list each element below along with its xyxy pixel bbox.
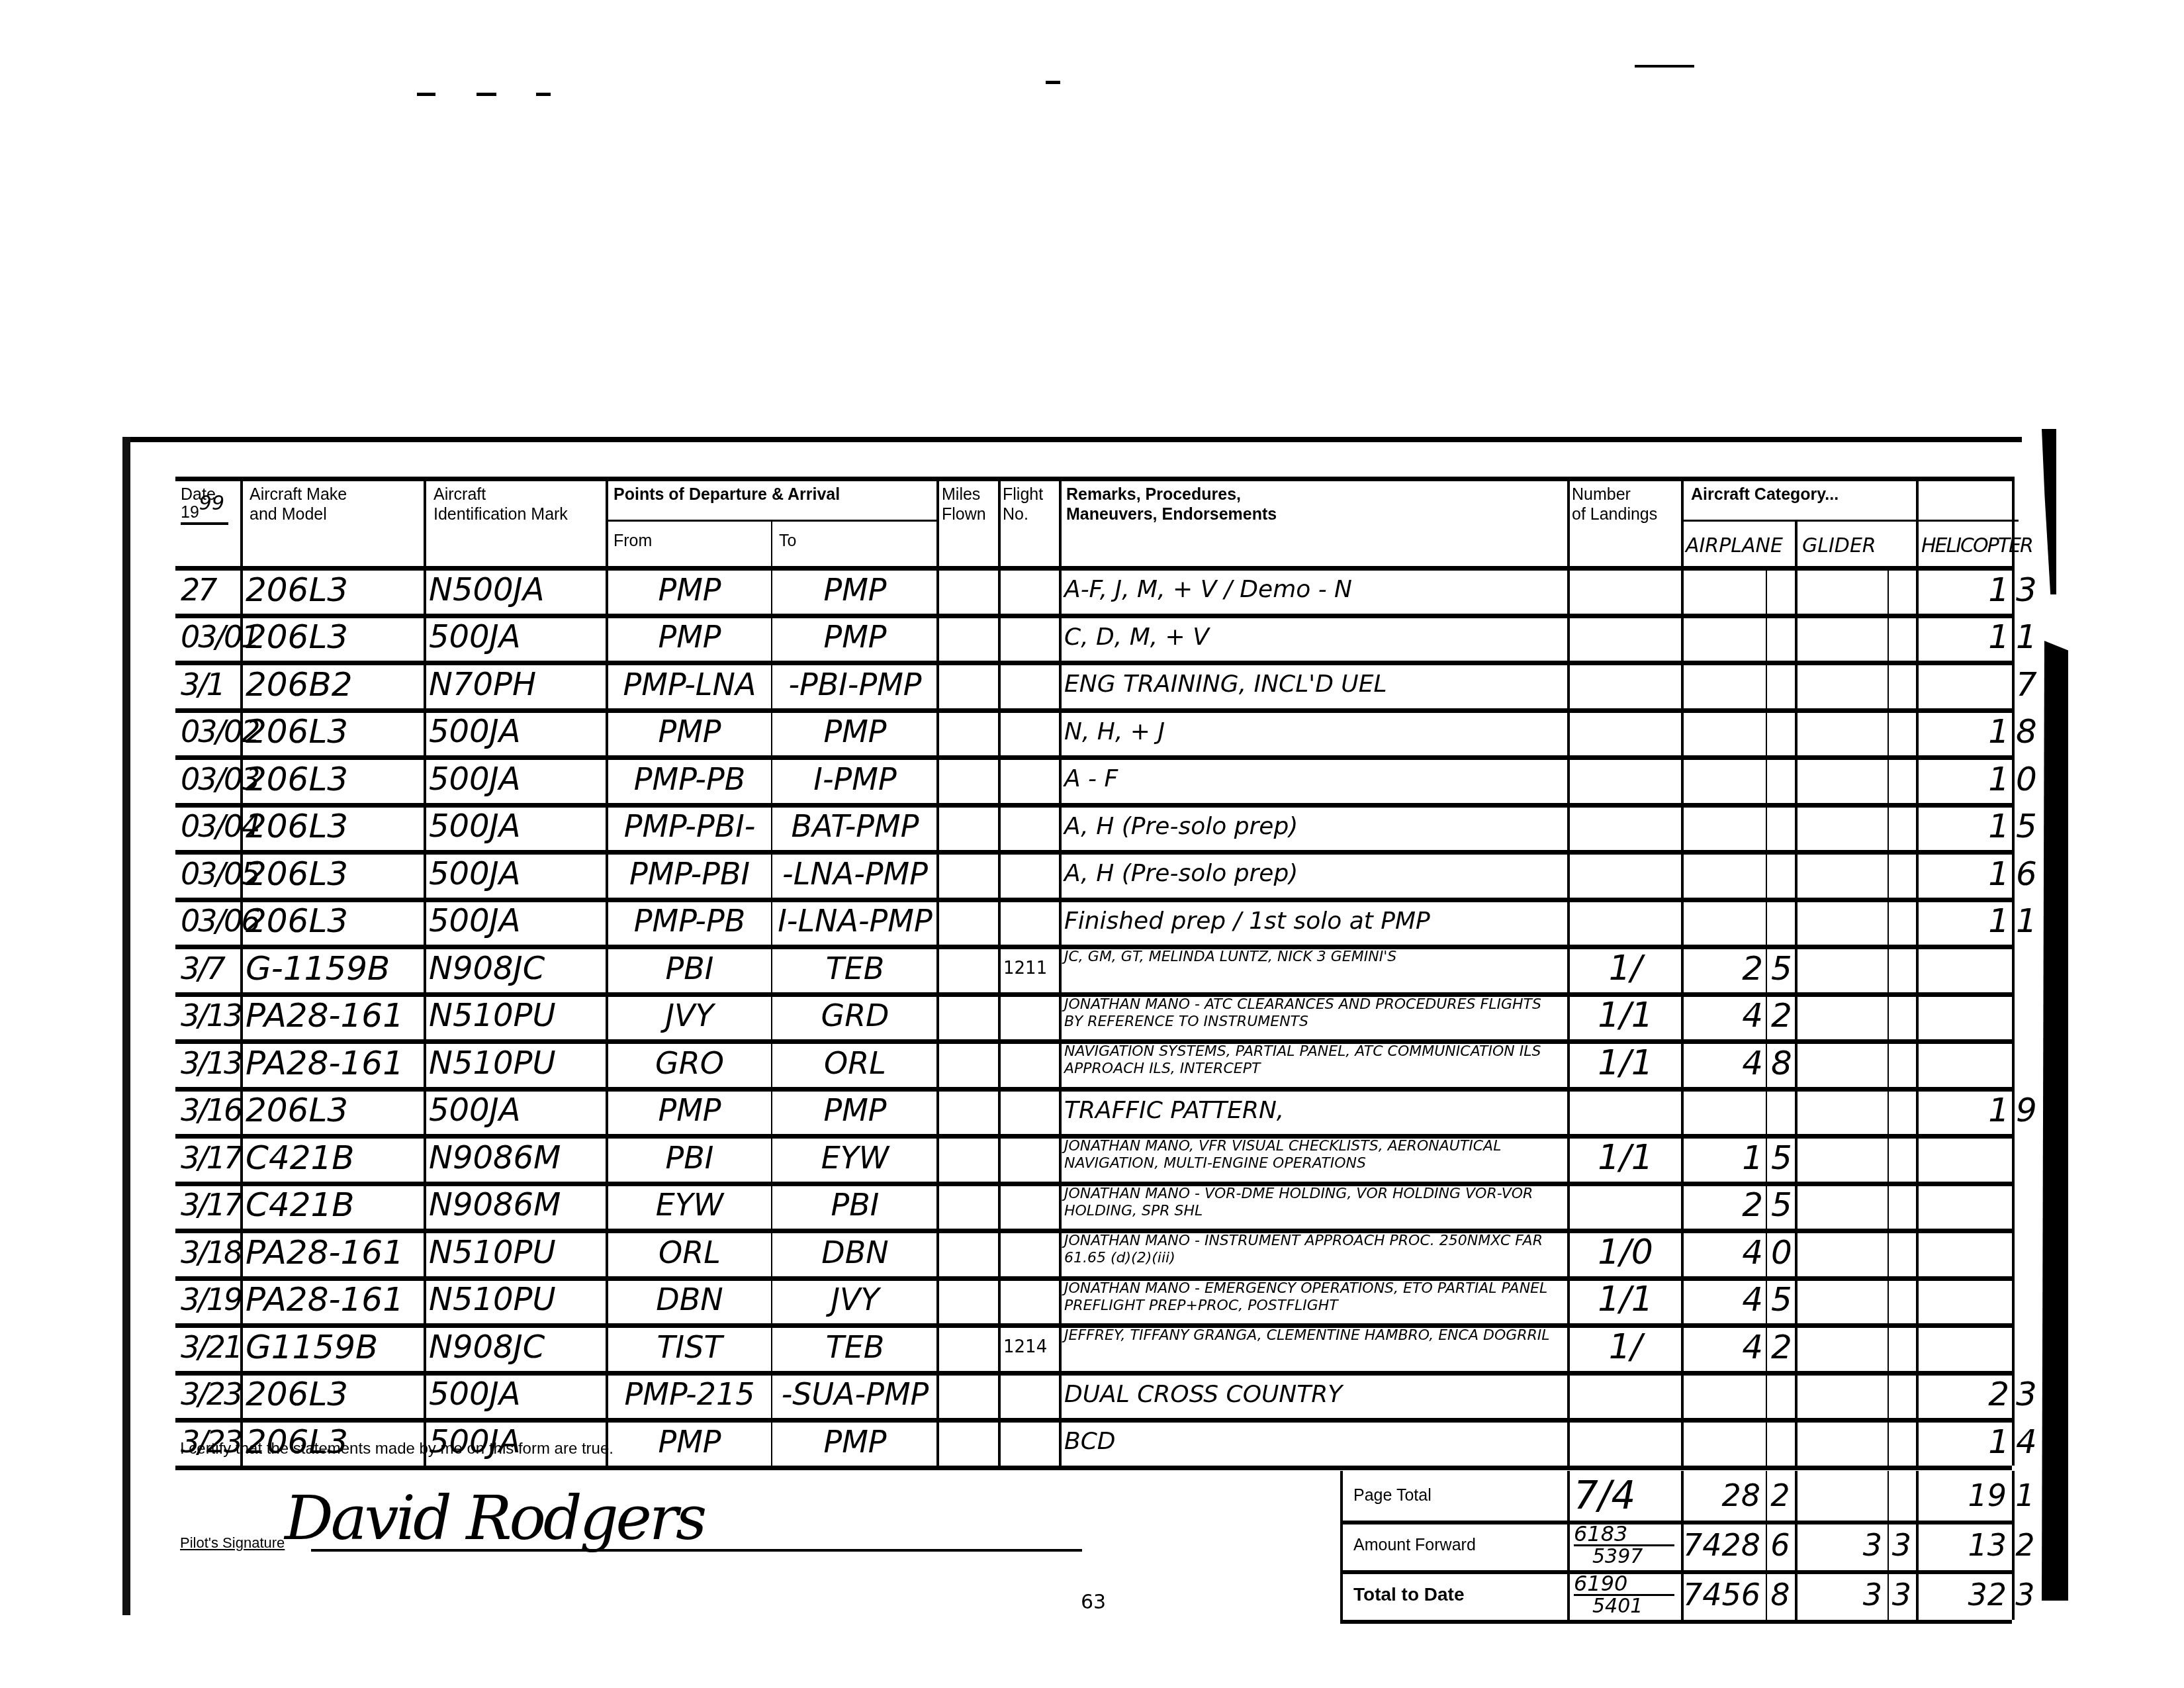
aircraft-id-cell: N70PH — [429, 661, 603, 708]
airplane-tenths-cell — [1771, 614, 1792, 661]
date-cell: 3/13 — [181, 992, 238, 1040]
airplane-hours-cell: 4 — [1686, 1276, 1768, 1324]
glider-tenths-cell — [1893, 1039, 1913, 1087]
helicopter-hours-cell: 1 — [1921, 755, 2015, 803]
miles-cell — [942, 755, 995, 803]
helicopter-hours-cell: 1 — [1921, 898, 2015, 945]
from-cell: PMP-PB — [611, 898, 768, 945]
totals-glider-hours: 3 — [1795, 1521, 1888, 1570]
airplane-hours-cell — [1686, 566, 1768, 614]
table-row[interactable]: 03/01206L3500JAPMPPMPC, D, M, + V11 — [175, 614, 2038, 661]
glider-hours-cell — [1800, 945, 1890, 992]
airplane-hours-cell — [1686, 898, 1768, 945]
table-row[interactable]: 27206L3N500JAPMPPMPA-F, J, M, + V / Demo… — [175, 566, 2038, 614]
flight-no-cell — [1003, 850, 1056, 898]
landings-cell — [1572, 1371, 1678, 1419]
helicopter-hours-cell — [1921, 1182, 2015, 1229]
table-row[interactable]: 3/18PA28-161N510PUORLDBNJONATHAN MANO - … — [175, 1229, 2038, 1276]
table-row[interactable]: 3/23206L3500JAPMP-215-SUA-PMPDUAL CROSS … — [175, 1371, 2038, 1419]
scan-speck — [1046, 81, 1060, 84]
glider-hours-cell — [1800, 708, 1890, 756]
aircraft-make-cell: PA28-161 — [246, 1039, 421, 1087]
helicopter-hours-cell: 1 — [1921, 614, 2015, 661]
from-cell: GRO — [611, 1039, 768, 1087]
pilot-signature: David Rodgers — [285, 1483, 704, 1554]
airplane-tenths-cell: 2 — [1771, 992, 1792, 1040]
date-cell: 27 — [181, 566, 238, 614]
remarks-cell: JEFFREY, TIFFANY GRANGA, CLEMENTINE HAMB… — [1064, 1323, 1565, 1375]
glider-hours-cell — [1800, 755, 1890, 803]
airplane-hours-cell — [1686, 850, 1768, 898]
date-cell: 3/13 — [181, 1039, 238, 1087]
helicopter-tenths-cell: 7 — [2017, 661, 2036, 708]
flight-no-cell — [1003, 755, 1056, 803]
totals-glider-hours: 3 — [1795, 1570, 1888, 1620]
aircraft-id-cell: 500JA — [429, 850, 603, 898]
totals-airplane-hours: 28 — [1681, 1471, 1766, 1521]
landings-cell: 1/1 — [1572, 1039, 1678, 1087]
totals-landings: 61905401 — [1574, 1571, 1674, 1618]
totals-label: Total to Date — [1353, 1570, 1464, 1620]
to-cell: PMP — [776, 1087, 934, 1135]
remarks-cell: JONATHAN MANO, VFR VISUAL CHECKLISTS, AE… — [1064, 1134, 1565, 1186]
glider-tenths-cell — [1893, 1371, 1913, 1419]
aircraft-make-cell: 206L3 — [246, 1087, 421, 1135]
airplane-hours-cell: 4 — [1686, 1323, 1768, 1371]
helicopter-tenths-cell — [2017, 1134, 2036, 1182]
date-cell: 3/21 — [181, 1323, 238, 1371]
glider-hours-cell — [1800, 661, 1890, 708]
helicopter-tenths-cell — [2017, 1229, 2036, 1276]
from-cell: PMP — [611, 614, 768, 661]
helicopter-hours-cell: 1 — [1921, 708, 2015, 756]
flight-no-cell — [1003, 708, 1056, 756]
to-cell: PMP — [776, 1418, 934, 1466]
scan-speck — [1635, 65, 1694, 68]
table-row[interactable]: 3/21G1159BN908JCTISTTEB1214JEFFREY, TIFF… — [175, 1323, 2038, 1371]
airplane-tenths-cell — [1771, 803, 1792, 851]
to-cell: DBN — [776, 1229, 934, 1276]
to-cell: BAT-PMP — [776, 803, 934, 851]
helicopter-hours-cell: 2 — [1921, 1371, 2015, 1419]
totals-row: Page Total7/4282191 — [1340, 1471, 2038, 1521]
aircraft-make-cell: C421B — [246, 1182, 421, 1229]
landings-value: 7/4 — [1574, 1476, 1674, 1515]
helicopter-tenths-cell — [2017, 1323, 2036, 1371]
totals-label: Page Total — [1353, 1471, 1432, 1521]
page-edge-left — [122, 437, 130, 1615]
page-edge-top — [122, 437, 2022, 442]
to-cell: ORL — [776, 1039, 934, 1087]
category-helicopter: HELICOPTER — [1921, 536, 2032, 556]
miles-cell — [942, 1229, 995, 1276]
glider-hours-cell — [1800, 992, 1890, 1040]
from-cell: JVY — [611, 992, 768, 1040]
to-cell: PMP — [776, 708, 934, 756]
helicopter-tenths-cell — [2017, 945, 2036, 992]
helicopter-hours-cell — [1921, 1229, 2015, 1276]
to-cell: JVY — [776, 1276, 934, 1324]
helicopter-tenths-cell: 1 — [2017, 898, 2036, 945]
flight-no-cell: 1214 — [1003, 1323, 1056, 1371]
table-row[interactable]: 03/04206L3500JAPMP-PBI-BAT-PMPA, H (Pre-… — [175, 803, 2038, 851]
miles-cell — [942, 992, 995, 1040]
miles-cell — [942, 898, 995, 945]
airplane-hours-cell — [1686, 614, 1768, 661]
remarks-cell: JONATHAN MANO - INSTRUMENT APPROACH PROC… — [1064, 1229, 1565, 1280]
helicopter-tenths-cell: 6 — [2017, 850, 2036, 898]
aircraft-make-cell: PA28-161 — [246, 992, 421, 1040]
totals-glider-tenths — [1888, 1471, 1916, 1521]
totals-glider-hours — [1795, 1471, 1888, 1521]
to-cell: TEB — [776, 1323, 934, 1371]
category-airplane: AIRPLANE — [1686, 536, 1783, 556]
totals-helicopter-hours: 19 — [1916, 1471, 2012, 1521]
landings-cell — [1572, 850, 1678, 898]
airplane-hours-cell: 4 — [1686, 992, 1768, 1040]
to-cell: -LNA-PMP — [776, 850, 934, 898]
date-cell: 3/18 — [181, 1229, 238, 1276]
airplane-tenths-cell: 0 — [1771, 1229, 1792, 1276]
flight-no-cell — [1003, 614, 1056, 661]
date-cell: 3/19 — [181, 1276, 238, 1324]
glider-tenths-cell — [1893, 1418, 1913, 1466]
helicopter-hours-cell — [1921, 661, 2015, 708]
glider-tenths-cell — [1893, 614, 1913, 661]
landings-cell — [1572, 661, 1678, 708]
landings-cell: 1/0 — [1572, 1229, 1678, 1276]
aircraft-id-header: AircraftIdentification Mark — [433, 485, 568, 524]
landings-cell: 1/1 — [1572, 992, 1678, 1040]
flight-no-cell — [1003, 1229, 1056, 1276]
glider-hours-cell — [1800, 1229, 1890, 1276]
flight-no-cell — [1003, 1182, 1056, 1229]
flight-no-cell — [1003, 803, 1056, 851]
aircraft-make-cell: 206L3 — [246, 755, 421, 803]
table-row[interactable]: 3/17C421BN9086MEYWPBIJONATHAN MANO - VOR… — [175, 1182, 2038, 1229]
airplane-tenths-cell: 5 — [1771, 1134, 1792, 1182]
airplane-tenths-cell — [1771, 1087, 1792, 1135]
remarks-cell: C, D, M, + V — [1064, 614, 1565, 661]
date-cell: 3/23 — [181, 1371, 238, 1419]
landings-header: Numberof Landings — [1572, 485, 1657, 524]
flight-no-cell — [1003, 898, 1056, 945]
landings-cell — [1572, 1087, 1678, 1135]
airplane-tenths-cell: 5 — [1771, 1276, 1792, 1324]
helicopter-hours-cell — [1921, 945, 2015, 992]
flight-no-cell — [1003, 566, 1056, 614]
table-row[interactable]: 3/1206B2N70PHPMP-LNA-PBI-PMPENG TRAINING… — [175, 661, 2038, 708]
glider-hours-cell — [1800, 566, 1890, 614]
miles-cell — [942, 566, 995, 614]
aircraft-id-cell: N908JC — [429, 945, 603, 992]
table-row[interactable]: 3/13PA28-161N510PUGROORLNAVIGATION SYSTE… — [175, 1039, 2038, 1087]
helicopter-tenths-cell — [2017, 992, 2036, 1040]
helicopter-tenths-cell — [2017, 1276, 2036, 1324]
glider-tenths-cell — [1893, 1276, 1913, 1324]
miles-cell — [942, 1371, 995, 1419]
landings-day: 6190 — [1574, 1573, 1674, 1596]
year-header: 1999 — [181, 502, 228, 525]
totals-helicopter-hours: 32 — [1916, 1570, 2012, 1620]
glider-hours-cell — [1800, 1418, 1890, 1466]
remarks-cell: TRAFFIC PATTERN, — [1064, 1087, 1565, 1135]
glider-tenths-cell — [1893, 898, 1913, 945]
landings-night: 5401 — [1574, 1596, 1674, 1617]
glider-hours-cell — [1800, 1371, 1890, 1419]
aircraft-make-cell: G1159B — [246, 1323, 421, 1371]
remarks-cell: N, H, + J — [1064, 708, 1565, 756]
totals-helicopter-hours: 13 — [1916, 1521, 2012, 1570]
aircraft-id-cell: N510PU — [429, 1229, 603, 1276]
from-cell: PMP — [611, 708, 768, 756]
totals-helicopter-tenths: 1 — [2012, 1471, 2038, 1521]
points-header: Points of Departure & Arrival — [614, 485, 840, 504]
airplane-hours-cell — [1686, 755, 1768, 803]
totals-airplane-tenths: 8 — [1766, 1570, 1795, 1620]
helicopter-hours-cell — [1921, 1039, 2015, 1087]
date-cell: 03/06 — [181, 898, 238, 945]
date-cell: 03/03 — [181, 755, 238, 803]
date-cell: 3/17 — [181, 1134, 238, 1182]
aircraft-id-cell: 500JA — [429, 614, 603, 661]
aircraft-id-cell: N510PU — [429, 992, 603, 1040]
table-row[interactable]: 3/16206L3500JAPMPPMPTRAFFIC PATTERN,19 — [175, 1087, 2038, 1135]
landings-cell — [1572, 1418, 1678, 1466]
glider-hours-cell — [1800, 1134, 1890, 1182]
to-header: To — [779, 531, 796, 551]
from-cell: PMP-215 — [611, 1371, 768, 1419]
landings-cell — [1572, 566, 1678, 614]
remarks-cell: JONATHAN MANO - ATC CLEARANCES AND PROCE… — [1064, 992, 1565, 1044]
date-cell: 03/04 — [181, 803, 238, 851]
glider-tenths-cell — [1893, 708, 1913, 756]
miles-cell — [942, 1323, 995, 1371]
category-glider: GLIDER — [1802, 536, 1876, 556]
totals-landings: 7/4 — [1574, 1472, 1674, 1519]
helicopter-tenths-cell: 5 — [2017, 803, 2036, 851]
scan-speck — [477, 93, 496, 96]
table-top-border — [175, 477, 2012, 481]
aircraft-id-cell: N500JA — [429, 566, 603, 614]
miles-header: MilesFlown — [942, 485, 986, 524]
remarks-cell: BCD — [1064, 1418, 1565, 1466]
flight-no-cell — [1003, 1134, 1056, 1182]
helicopter-tenths-cell: 8 — [2017, 708, 2036, 756]
miles-cell — [942, 850, 995, 898]
glider-hours-cell — [1800, 898, 1890, 945]
aircraft-make-cell: 206L3 — [246, 850, 421, 898]
remarks-header: Remarks, Procedures,Maneuvers, Endorseme… — [1066, 485, 1277, 524]
helicopter-hours-cell: 1 — [1921, 1418, 2015, 1466]
glider-tenths-cell — [1893, 661, 1913, 708]
helicopter-hours-cell: 1 — [1921, 566, 2015, 614]
glider-tenths-cell — [1893, 803, 1913, 851]
landings-day: 6183 — [1574, 1523, 1674, 1546]
table-row[interactable]: 3/13PA28-161N510PUJVYGRDJONATHAN MANO - … — [175, 992, 2038, 1040]
signature-label: Pilot's Signature — [180, 1534, 285, 1552]
flight-no-cell — [1003, 1371, 1056, 1419]
aircraft-make-cell: 206L3 — [246, 566, 421, 614]
airplane-tenths-cell: 2 — [1771, 1323, 1792, 1371]
page-edge-right — [2042, 429, 2056, 594]
glider-tenths-cell — [1893, 755, 1913, 803]
landings-night: 5397 — [1574, 1546, 1674, 1568]
to-cell: PMP — [776, 614, 934, 661]
to-cell: PMP — [776, 566, 934, 614]
flight-no-cell — [1003, 661, 1056, 708]
aircraft-make-cell: 206L3 — [246, 708, 421, 756]
totals-airplane-hours: 7428 — [1681, 1521, 1766, 1570]
miles-cell — [942, 1182, 995, 1229]
flight-no-cell — [1003, 992, 1056, 1040]
remarks-cell: A - F — [1064, 755, 1565, 803]
landings-cell: 1/1 — [1572, 1134, 1678, 1182]
helicopter-tenths-cell: 9 — [2017, 1087, 2036, 1135]
category-header: Aircraft Category... — [1691, 485, 1839, 504]
scan-speck — [536, 93, 551, 96]
landings-cell — [1572, 614, 1678, 661]
glider-hours-cell — [1800, 1087, 1890, 1135]
glider-hours-cell — [1800, 614, 1890, 661]
airplane-hours-cell — [1686, 1371, 1768, 1419]
aircraft-make-cell: PA28-161 — [246, 1276, 421, 1324]
remarks-cell: A-F, J, M, + V / Demo - N — [1064, 566, 1565, 614]
aircraft-id-cell: 500JA — [429, 1087, 603, 1135]
helicopter-tenths-cell: 1 — [2017, 614, 2036, 661]
airplane-hours-cell — [1686, 1418, 1768, 1466]
landings-cell — [1572, 708, 1678, 756]
helicopter-tenths-cell — [2017, 1182, 2036, 1229]
from-cell: PBI — [611, 945, 768, 992]
landings-cell — [1572, 898, 1678, 945]
to-cell: -PBI-PMP — [776, 661, 934, 708]
to-cell: I-PMP — [776, 755, 934, 803]
helicopter-hours-cell — [1921, 1134, 2015, 1182]
miles-cell — [942, 1418, 995, 1466]
glider-hours-cell — [1800, 850, 1890, 898]
glider-tenths-cell — [1893, 1323, 1913, 1371]
helicopter-hours-cell: 1 — [1921, 803, 2015, 851]
from-cell: PMP-PB — [611, 755, 768, 803]
airplane-tenths-cell — [1771, 755, 1792, 803]
helicopter-tenths-cell: 0 — [2017, 755, 2036, 803]
flight-no-header: FlightNo. — [1003, 485, 1043, 524]
certification-text: I certify that the statements made by me… — [180, 1440, 614, 1458]
glider-hours-cell — [1800, 1276, 1890, 1324]
helicopter-tenths-cell — [2017, 1039, 2036, 1087]
airplane-tenths-cell — [1771, 661, 1792, 708]
totals-row: Total to Date619054017456833323 — [1340, 1570, 2038, 1620]
airplane-hours-cell — [1686, 661, 1768, 708]
table-row[interactable]: 3/19PA28-161N510PUDBNJVYJONATHAN MANO - … — [175, 1276, 2038, 1324]
to-cell: EYW — [776, 1134, 934, 1182]
page-number: 63 — [1081, 1591, 1106, 1614]
airplane-tenths-cell: 5 — [1771, 1182, 1792, 1229]
miles-cell — [942, 1039, 995, 1087]
miles-cell — [942, 803, 995, 851]
airplane-hours-cell: 2 — [1686, 1182, 1768, 1229]
table-row[interactable]: 3/17C421BN9086MPBIEYWJONATHAN MANO, VFR … — [175, 1134, 2038, 1182]
table-row[interactable]: 03/06206L3500JAPMP-PBI-LNA-PMPFinished p… — [175, 898, 2038, 945]
aircraft-id-cell: 500JA — [429, 755, 603, 803]
glider-tenths-cell — [1893, 992, 1913, 1040]
totals-glider-tenths: 3 — [1888, 1521, 1916, 1570]
table-row[interactable]: 03/05206L3500JAPMP-PBI-LNA-PMPA, H (Pre-… — [175, 850, 2038, 898]
category-subheader-rule — [1681, 520, 2019, 522]
remarks-cell: JC, GM, GT, MELINDA LUNTZ, NICK 3 GEMINI… — [1064, 945, 1565, 996]
miles-cell — [942, 708, 995, 756]
landings-cell — [1572, 803, 1678, 851]
flight-no-cell: 1211 — [1003, 945, 1056, 992]
helicopter-hours-cell: 1 — [1921, 1087, 2015, 1135]
landings-cell: 1/1 — [1572, 1276, 1678, 1324]
totals-airplane-tenths: 6 — [1766, 1521, 1795, 1570]
airplane-tenths-cell: 8 — [1771, 1039, 1792, 1087]
from-cell: PMP — [611, 1418, 768, 1466]
totals-row-divider — [1340, 1620, 2012, 1624]
totals-glider-tenths: 3 — [1888, 1570, 1916, 1620]
to-cell: TEB — [776, 945, 934, 992]
landings-cell — [1572, 755, 1678, 803]
from-cell: PMP-PBI — [611, 850, 768, 898]
glider-hours-cell — [1800, 1182, 1890, 1229]
flight-no-cell — [1003, 1276, 1056, 1324]
aircraft-make-cell: C421B — [246, 1134, 421, 1182]
from-cell: PMP-PBI- — [611, 803, 768, 851]
to-cell: PBI — [776, 1182, 934, 1229]
to-cell: GRD — [776, 992, 934, 1040]
aircraft-make-cell: G-1159B — [246, 945, 421, 992]
table-row[interactable]: 03/02206L3500JAPMPPMPN, H, + J18 — [175, 708, 2038, 756]
aircraft-make-header: Aircraft Makeand Model — [250, 485, 347, 524]
airplane-tenths-cell — [1771, 1371, 1792, 1419]
glider-hours-cell — [1800, 1323, 1890, 1371]
totals-airplane-tenths: 2 — [1766, 1471, 1795, 1521]
miles-cell — [942, 945, 995, 992]
remarks-cell: ENG TRAINING, INCL'D UEL — [1064, 661, 1565, 708]
airplane-tenths-cell — [1771, 898, 1792, 945]
miles-cell — [942, 661, 995, 708]
totals-helicopter-tenths: 3 — [2012, 1570, 2038, 1620]
row-divider — [175, 1466, 2012, 1470]
from-header: From — [614, 531, 652, 551]
miles-cell — [942, 1276, 995, 1324]
from-cell: TIST — [611, 1323, 768, 1371]
glider-tenths-cell — [1893, 1182, 1913, 1229]
glider-hours-cell — [1800, 803, 1890, 851]
helicopter-hours-cell — [1921, 992, 2015, 1040]
glider-tenths-cell — [1893, 945, 1913, 992]
miles-cell — [942, 614, 995, 661]
airplane-tenths-cell — [1771, 850, 1792, 898]
aircraft-make-cell: PA28-161 — [246, 1229, 421, 1276]
totals-helicopter-tenths: 2 — [2012, 1521, 2038, 1570]
glider-tenths-cell — [1893, 850, 1913, 898]
airplane-hours-cell: 4 — [1686, 1229, 1768, 1276]
airplane-hours-cell: 1 — [1686, 1134, 1768, 1182]
aircraft-id-cell: 500JA — [429, 803, 603, 851]
glider-hours-cell — [1800, 1039, 1890, 1087]
date-cell: 3/7 — [181, 945, 238, 992]
flight-no-cell — [1003, 1039, 1056, 1087]
table-row[interactable]: 3/7G-1159BN908JCPBITEB1211JC, GM, GT, ME… — [175, 945, 2038, 992]
to-cell: -SUA-PMP — [776, 1371, 934, 1419]
airplane-hours-cell — [1686, 803, 1768, 851]
aircraft-id-cell: N9086M — [429, 1182, 603, 1229]
table-row[interactable]: 03/03206L3500JAPMP-PBI-PMPA - F10 — [175, 755, 2038, 803]
remarks-cell: A, H (Pre-solo prep) — [1064, 803, 1565, 851]
